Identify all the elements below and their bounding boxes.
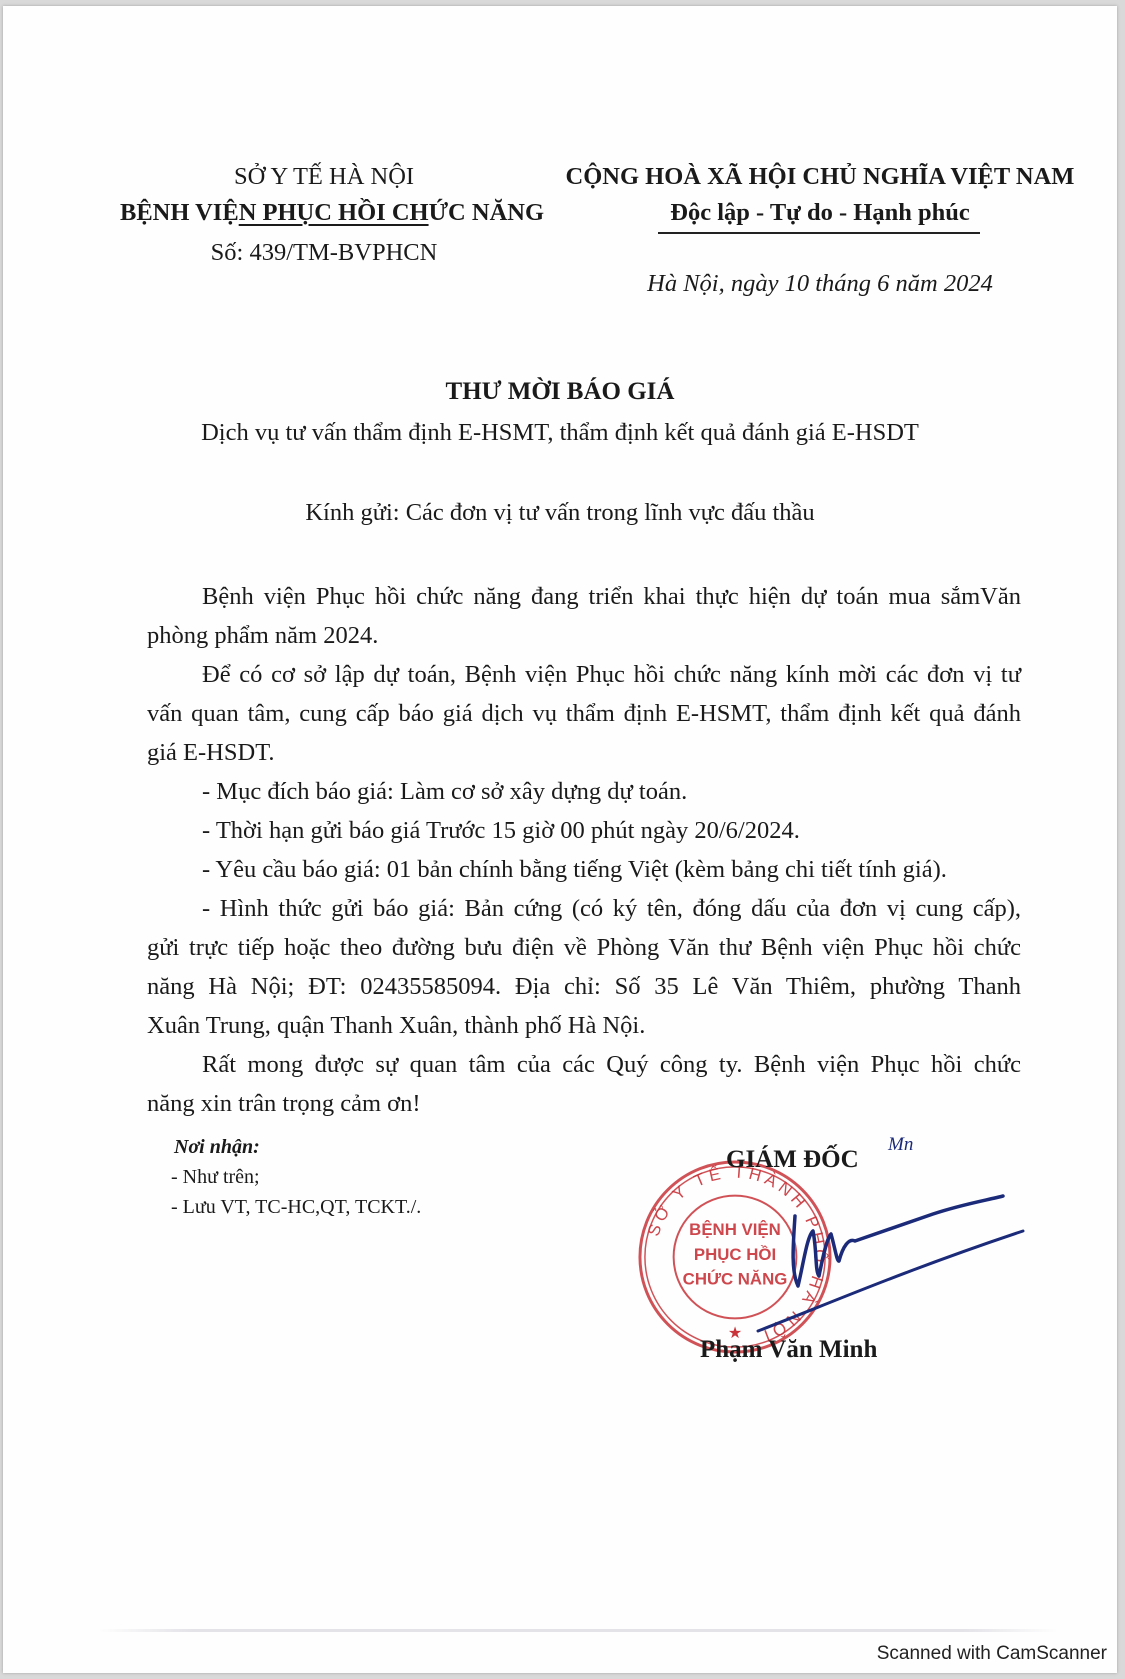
org-name-part: BỆNH VIỆ	[120, 199, 239, 226]
org-name-part: ỨC NĂNG	[429, 199, 544, 226]
list-item: - Hình thức gửi báo giá: Bản cứng (có ký…	[147, 889, 1021, 928]
paragraph-line: Để có cơ sở lập dự toán, Bệnh viện Phục …	[147, 655, 1021, 694]
document-page: SỞ Y TẾ HÀ NỘI BỆNH VIỆN PHỤC HỒI CHỨC N…	[3, 6, 1117, 1673]
national-motto: Độc lập - Tự do - Hạnh phúc	[563, 199, 1077, 227]
country-name: CỘNG HOÀ XÃ HỘI CHỦ NGHĨA VIỆT NAM	[563, 163, 1077, 191]
paragraph-line: phòng phẩm năm 2024.	[147, 616, 1021, 655]
recipients-item: - Như trên;	[171, 1166, 260, 1189]
paragraph-line: năng Hà Nội; ĐT: 02435585094. Địa chỉ: S…	[147, 967, 1021, 1006]
list-item: - Mục đích báo giá: Làm cơ sở xây dựng d…	[147, 772, 1021, 811]
recipient-line: Kính gửi: Các đơn vị tư vấn trong lĩnh v…	[3, 499, 1117, 527]
paragraph-line: vấn quan tâm, cung cấp báo giá dịch vụ t…	[147, 694, 1021, 733]
recipients-heading: Nơi nhận:	[174, 1136, 260, 1159]
scan-artifact-line	[98, 1629, 1058, 1632]
org-name-underlined: N PHỤC HỒI CH	[239, 199, 429, 226]
handwritten-signature-icon	[703, 1176, 1033, 1346]
paragraph-line: Rất mong được sự quan tâm của các Quý cô…	[147, 1045, 1021, 1084]
paragraph-line: gửi trực tiếp hoặc theo đường bưu điện v…	[147, 928, 1021, 967]
place-and-date: Hà Nội, ngày 10 tháng 6 năm 2024	[563, 270, 1077, 298]
organization-name: BỆNH VIỆN PHỤC HỒI CHỨC NĂNG	[120, 199, 528, 227]
paragraph-line: Bệnh viện Phục hồi chức năng đang triển …	[147, 577, 1021, 616]
signer-initials: Mn	[888, 1134, 913, 1156]
paragraph-line: năng xin trân trọng cảm ơn!	[147, 1084, 1021, 1123]
paragraph-line: Xuân Trung, quận Thanh Xuân, thành phố H…	[147, 1006, 1021, 1045]
signer-position: GIÁM ĐỐC	[726, 1146, 859, 1174]
document-title: THƯ MỜI BÁO GIÁ	[3, 378, 1117, 406]
list-item: - Thời hạn gửi báo giá Trước 15 giờ 00 p…	[147, 811, 1021, 850]
list-item: - Yêu cầu báo giá: 01 bản chính bằng tiế…	[147, 850, 1021, 889]
department-name: SỞ Y TẾ HÀ NỘI	[120, 163, 528, 191]
camscanner-watermark: Scanned with CamScanner	[877, 1643, 1107, 1665]
document-subtitle: Dịch vụ tư vấn thẩm định E-HSMT, thẩm đị…	[3, 419, 1117, 447]
document-number: Số: 439/TM-BVPHCN	[120, 239, 528, 267]
signer-name: Phạm Văn Minh	[700, 1336, 877, 1364]
recipients-item: - Lưu VT, TC-HC,QT, TCKT./.	[171, 1196, 421, 1219]
motto-underline	[658, 232, 980, 234]
paragraph-line: giá E-HSDT.	[147, 733, 1021, 772]
